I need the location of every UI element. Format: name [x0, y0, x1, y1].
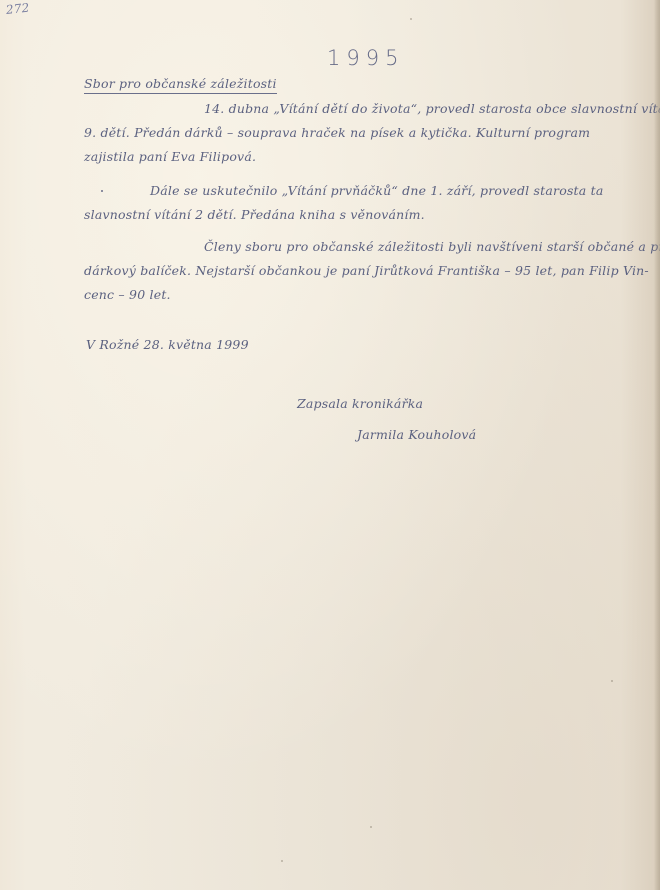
signature-name: Jarmila Kouholová: [357, 427, 476, 442]
paragraph-2-line-1: Dále se uskutečnilo „Vítání prvňáčků“ dn…: [150, 183, 603, 198]
paper-speck: [611, 680, 613, 682]
year-title: 1995: [327, 46, 404, 70]
paragraph-3-line-2: dárkový balíček. Nejstarší občankou je p…: [84, 263, 649, 278]
page-number: 272: [5, 1, 30, 17]
paragraph-3-line-1: Členy sboru pro občanské záležitosti byl…: [204, 239, 660, 254]
section-heading: Sbor pro občanské záležitosti: [84, 76, 277, 94]
paragraph-1-line-3: zajistila paní Eva Filipová.: [84, 149, 256, 164]
paragraph-3-line-3: cenc – 90 let.: [84, 287, 171, 302]
paragraph-1-line-2: 9. dětí. Předán dárků – souprava hraček …: [84, 125, 590, 140]
paper-speck: [281, 860, 283, 862]
paper-speck: [370, 826, 372, 828]
ink-dot: [101, 190, 103, 192]
paper-speck: [410, 18, 412, 20]
place-and-date: V Rožné 28. května 1999: [86, 337, 249, 352]
paragraph-2-line-2: slavnostní vítání 2 dětí. Předána kniha …: [84, 207, 425, 222]
signature-role: Zapsala kronikářka: [297, 396, 423, 411]
paragraph-1-line-1: 14. dubna „Vítání dětí do života“, prove…: [204, 101, 660, 116]
chronicle-page: 272 1995 Sbor pro občanské záležitosti 1…: [0, 0, 660, 890]
